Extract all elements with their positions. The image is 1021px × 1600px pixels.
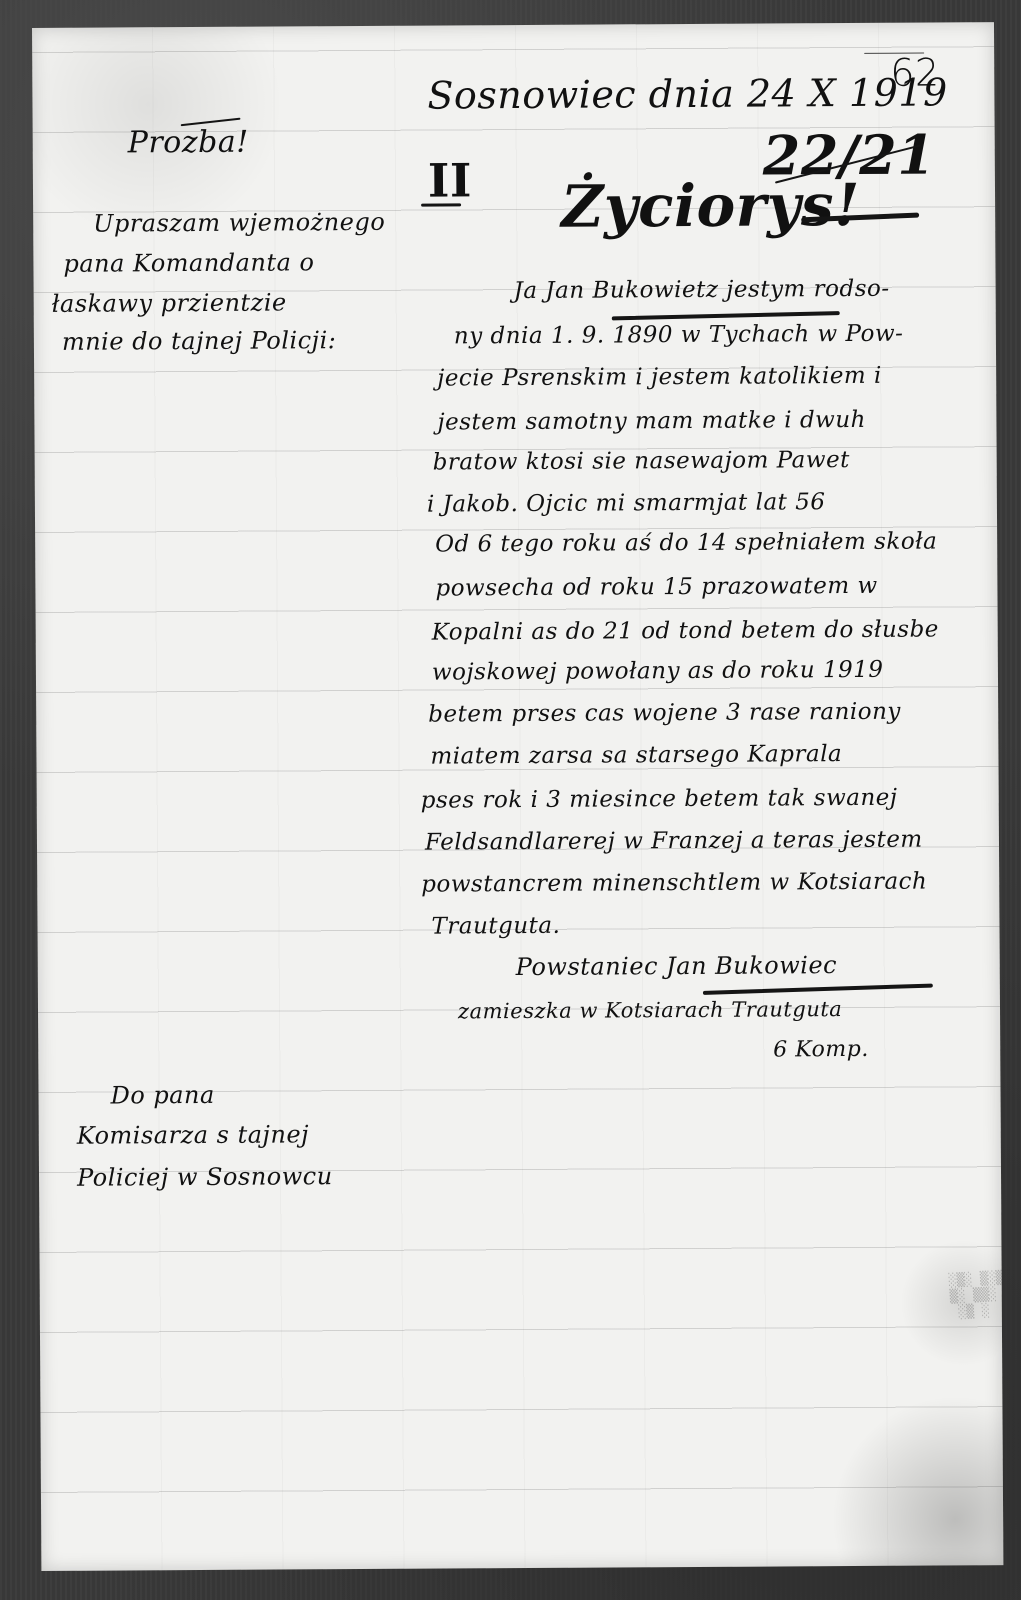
signature-company: 6 Komp. (773, 1037, 869, 1063)
body-line-1: Ja Jan Bukowietz jestym rodso- (514, 276, 890, 304)
body-line-16: Trautguta. (431, 913, 560, 940)
roman-numeral: II (428, 153, 472, 207)
body-line-5: bratow ktosi sie nasewajom Pawet (433, 447, 850, 476)
body-line-6: i Jakob. Ojcic mi smarmjat lat 56 (427, 489, 826, 517)
faint-stamp-mark: ░▒░ ▒░▒ ▒░ ▒▒░ ░▒ ░ (948, 1271, 1003, 1322)
signature-underline (703, 984, 933, 995)
signature-line: Powstaniec Jan Bukowiec (516, 951, 837, 981)
body-line-2: ny dnia 1. 9. 1890 w Tychach w Pow- (454, 321, 904, 350)
body-line-13: pses rok i 3 miesince betem tak swanej (421, 785, 898, 814)
location-date: Sosnowiec dnia 24 X 1919 (427, 70, 948, 117)
body-line-4: jestem samotny mam matke i dwuh (437, 407, 866, 436)
roman-numeral-underline (421, 203, 461, 206)
body-line-12: miatem zarsa sa starsego Kaprala (430, 741, 842, 770)
body-line-10: wojskowej powołany as do roku 1919 (432, 657, 884, 686)
request-line-3: łaskawy przientzie (52, 288, 287, 317)
signature-residence: zamieszka w Kotsiarach Trautguta (458, 997, 842, 1023)
address-line-2: Komisarza s tajnej (77, 1120, 309, 1149)
body-line-9: Kopalni as do 21 od tond betem do słusbe (432, 616, 939, 645)
body-line-11: betem prses cas wojene 3 rase raniony (428, 699, 901, 728)
address-line-1: Do pana (110, 1081, 214, 1110)
request-line-2: pana Komandanta o (63, 248, 314, 278)
request-line-1: Upraszam wjemożnego (93, 208, 385, 238)
body-line-7: Od 6 tego roku aś do 14 spełniałem skoła (435, 528, 937, 557)
body-line-3: jecie Psrenskim i jestem katolikiem i (437, 363, 882, 392)
document-page: 62 Sosnowiec dnia 24 X 1919 II Życiorys!… (32, 22, 1003, 1571)
body-line-15: powstancrem minenschtlem w Kotsiarach (421, 869, 927, 898)
request-heading: Prozba! (128, 125, 249, 161)
address-line-3: Policiej w Sosnowcu (77, 1162, 333, 1192)
request-line-4: mnie do tajnej Policji: (62, 326, 337, 356)
name-underline (612, 311, 840, 320)
body-line-8: powsecha od roku 15 prazowatem w (435, 573, 877, 602)
body-line-14: Feldsandlarerej w Franzej a teras jestem (425, 827, 923, 856)
